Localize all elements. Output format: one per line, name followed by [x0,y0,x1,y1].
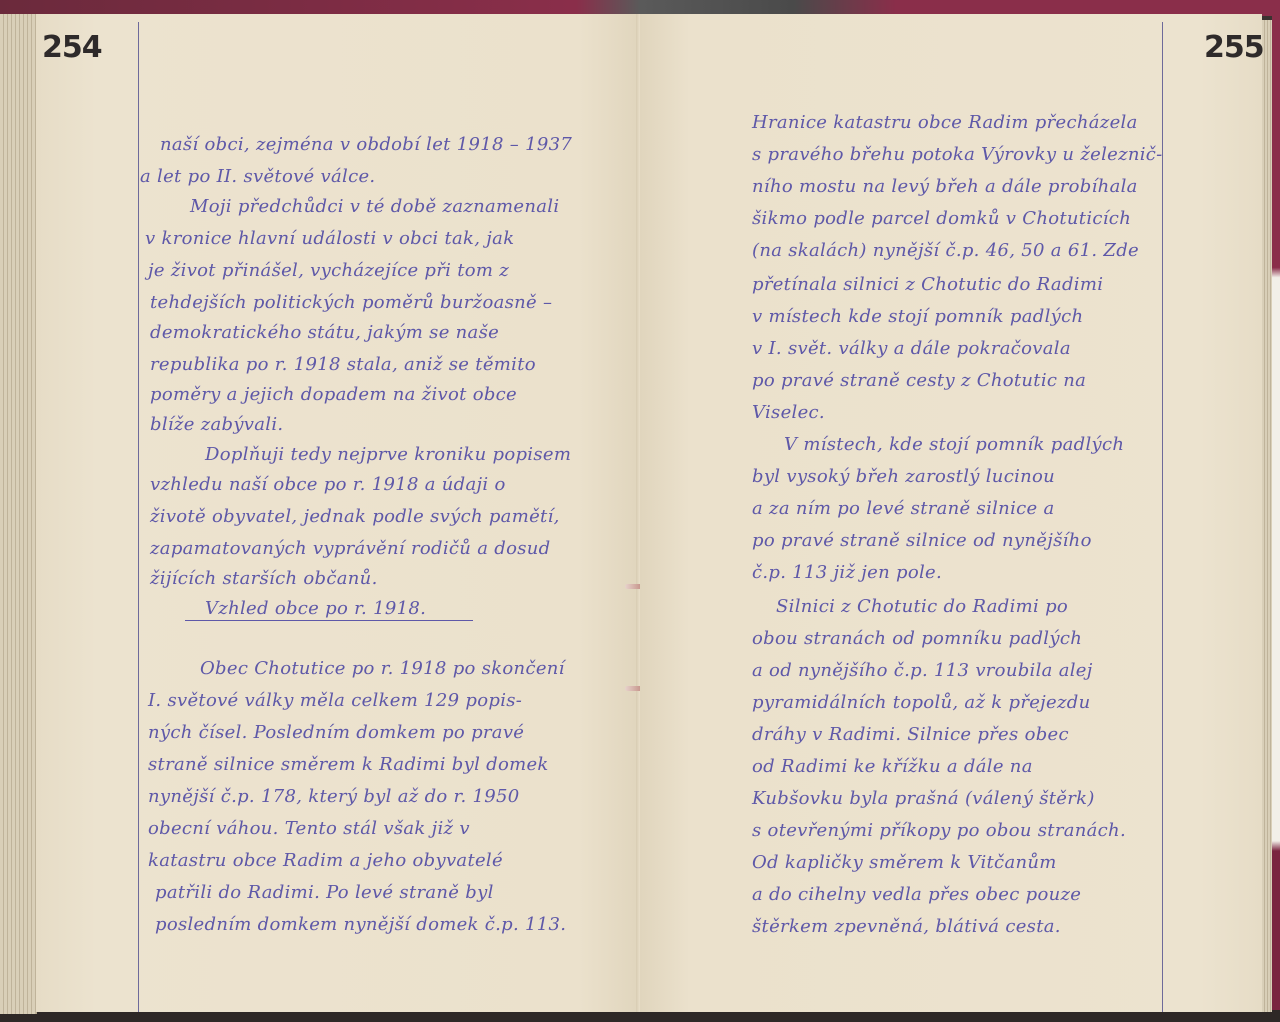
left-line-2: a let po II. světové válce. [140,166,375,187]
left-line-3: Moji předchůdci v té době zaznamenali [190,196,559,217]
right-line-6: přetínala silnici z Chotutic do Radimi [752,274,1103,295]
right-line-7: v místech kde stojí pomník padlých [752,306,1083,327]
right-line-1: Hranice katastru obce Radim přecházela [752,112,1138,133]
section-heading-underline [185,620,473,621]
right-line-18: a od nynějšího č.p. 113 vroubila alej [752,660,1093,681]
left-page-number: 254 [42,30,102,65]
right-margin-line [1162,22,1163,1012]
left-line-22: obecní váhou. Tento stál však již v [148,818,470,839]
left-line-20: straně silnice směrem k Radimi byl domek [148,754,549,775]
right-line-21: od Radimi ke křížku a dále na [752,756,1033,777]
right-line-19: pyramidálních topolů, až k přejezdu [752,692,1091,713]
section-heading: Vzhled obce po r. 1918. [205,598,426,619]
left-line-18: I. světové války měla celkem 129 popis- [148,690,522,711]
right-line-9: po pravé straně cesty z Chotutic na [752,370,1086,391]
left-line-10: blíže zabývali. [150,414,283,435]
right-line-26: štěrkem zpevněná, blátivá cesta. [752,916,1061,937]
left-line-25: posledním domkem nynější domek č.p. 113. [155,914,566,935]
left-line-6: tehdejších politických poměrů buržoasně … [150,292,552,313]
right-line-10: Viselec. [752,402,825,423]
right-line-25: a do cihelny vedla přes obec pouze [752,884,1081,905]
left-line-23: katastru obce Radim a jeho obyvatelé [148,850,503,871]
right-line-3: ního mostu na levý břeh a dále probíhala [752,176,1138,197]
left-line-4: v kronice hlavní události v obci tak, ja… [145,228,514,249]
page-edges-left [0,14,37,1014]
left-line-15: žijících starších občanů. [150,568,378,589]
left-line-13: životě obyvatel, jednak podle svých pamě… [150,506,560,527]
right-line-13: a za ním po levé straně silnice a [752,498,1055,519]
left-line-7: demokratického státu, jakým se naše [150,322,499,343]
right-line-15: č.p. 113 již jen pole. [752,562,942,583]
right-line-17: obou stranách od pomníku padlých [752,628,1082,649]
left-margin-line [138,22,139,1012]
left-line-9: poměry a jejich dopadem na život obce [150,384,517,405]
right-line-8: v I. svět. války a dále pokračovala [752,338,1071,359]
left-line-24: patřili do Radimi. Po levé straně byl [155,882,494,903]
left-line-5: je život přinášel, vycházejíce při tom z [148,260,509,281]
page-edges-right [1262,20,1272,1012]
right-line-24: Od kapličky směrem k Vitčanům [752,852,1057,873]
left-line-17: Obec Chotutice po r. 1918 po skončení [200,658,565,679]
left-line-19: ných čísel. Posledním domkem po pravé [148,722,524,743]
right-line-22: Kubšovku byla prašná (válený štěrk) [752,788,1095,809]
right-line-23: s otevřenými příkopy po obou stranách. [752,820,1126,841]
right-page-number: 255 [1204,30,1264,65]
left-line-21: nynější č.p. 178, který byl až do r. 195… [148,786,520,807]
left-line-11: Doplňuji tedy nejprve kroniku popisem [205,444,571,465]
left-line-14: zapamatovaných vyprávění rodičů a dosud [150,538,550,559]
left-line-12: vzhledu naší obce po r. 1918 a údaji o [150,474,506,495]
left-line-8: republika po r. 1918 stala, aniž se těmi… [150,354,536,375]
right-line-5: (na skalách) nynější č.p. 46, 50 a 61. Z… [752,240,1139,261]
left-line-1: naší obci, zejména v období let 1918 – 1… [160,134,572,155]
right-line-4: šikmo podle parcel domků v Chotuticích [752,208,1131,229]
right-line-12: byl vysoký břeh zarostlý lucinou [752,466,1055,487]
right-line-2: s pravého břehu potoka Výrovky u železni… [752,144,1163,165]
book-cover-right [1272,16,1280,1022]
right-line-20: dráhy v Radimi. Silnice přes obec [752,724,1069,745]
right-line-16: Silnici z Chotutic do Radimi po [776,596,1068,617]
right-line-14: po pravé straně silnice od nynějšího [752,530,1092,551]
right-line-11: V místech, kde stojí pomník padlých [784,434,1124,455]
